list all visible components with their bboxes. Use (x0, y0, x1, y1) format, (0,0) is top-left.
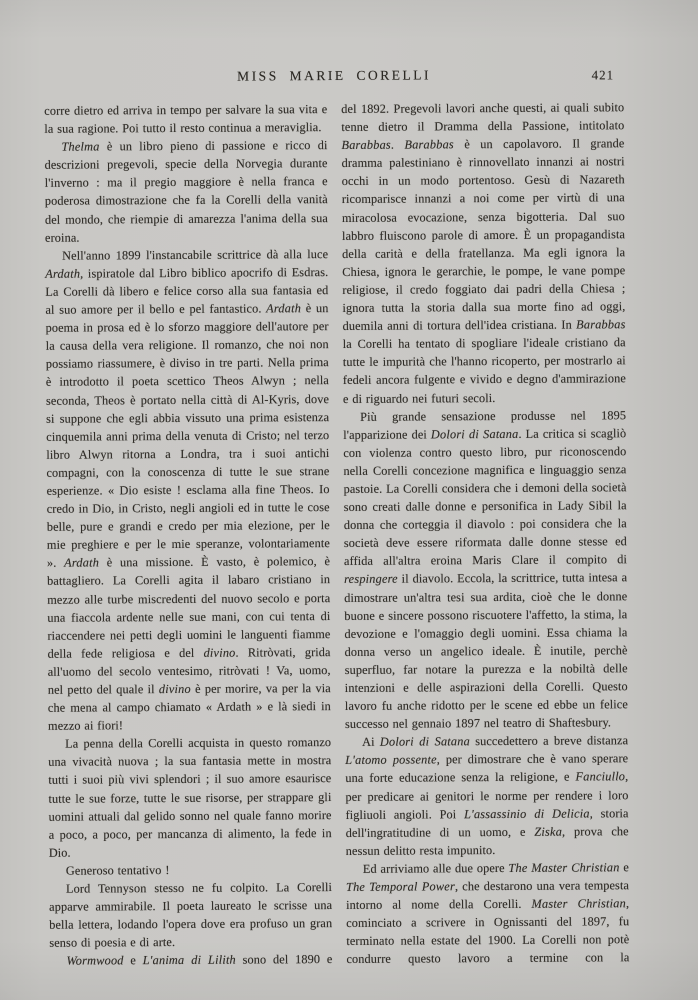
running-title: MISS MARIE CORELLI (44, 66, 624, 86)
text-columns: corre dietro ed arriva in tempo per salv… (44, 98, 629, 970)
paragraph: del 1892. Pregevoli lavori anche questi,… (341, 98, 626, 407)
paragraph: Lord Tennyson stesso ne fu colpito. La C… (49, 878, 332, 952)
paragraph: Generoso tentativo ! (49, 860, 332, 880)
paragraph: Thelma è un libro pieno di passione e ri… (44, 136, 328, 246)
paragraph: corre dietro ed arriva in tempo per salv… (44, 100, 327, 138)
page-number: 421 (592, 67, 615, 83)
page-content: MISS MARIE CORELLI 421 corre dietro ed a… (44, 66, 629, 970)
right-column: del 1892. Pregevoli lavori anche questi,… (341, 98, 629, 968)
paragraph: La penna della Corelli acquista in quest… (48, 733, 332, 861)
paragraph: Wormwood e L'anima di Lilith sono del 18… (49, 950, 332, 970)
left-column: corre dietro ed arriva in tempo per salv… (44, 100, 332, 970)
page-header: MISS MARIE CORELLI 421 (44, 66, 624, 92)
scanned-page: MISS MARIE CORELLI 421 corre dietro ed a… (0, 0, 698, 1000)
paragraph: Ed arriviamo alle due opere The Master C… (346, 858, 630, 968)
paragraph: Nell'anno 1899 l'instancabile scrittrice… (45, 245, 331, 735)
paragraph: Più grande sensazione produsse nel 1895 … (343, 406, 628, 733)
paragraph: Ai Dolori di Satana succedettero a breve… (345, 731, 629, 859)
